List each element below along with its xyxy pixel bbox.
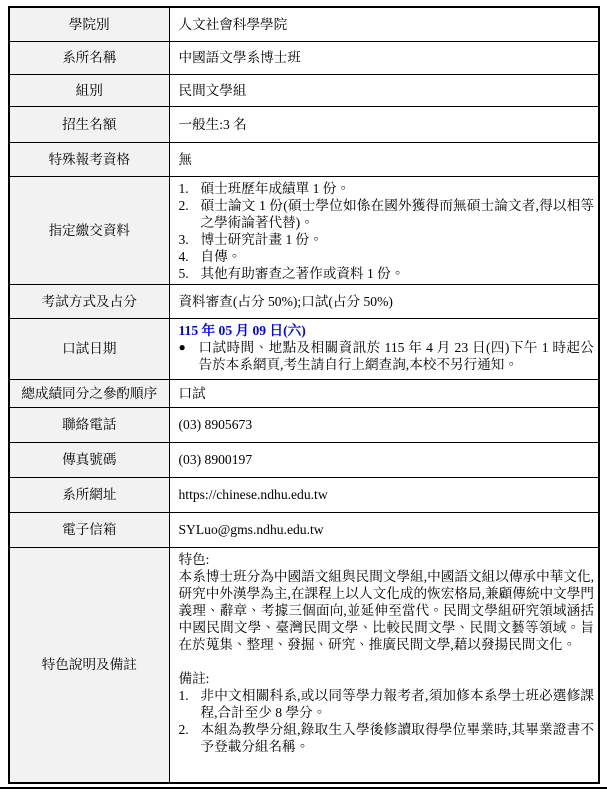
- document-list-item: 3. 博士研究計畫 1 份。: [179, 231, 595, 248]
- row-college: 學院別 人文社會科學學院: [9, 7, 599, 41]
- row-value-email: SYLuo@gms.ndhu.edu.tw: [169, 512, 599, 547]
- row-website: 系所網址 https://chinese.ndhu.edu.tw: [9, 477, 599, 512]
- row-label-quota: 招生名額: [9, 106, 169, 142]
- row-value-department: 中國語文學系博士班: [169, 41, 599, 74]
- oral-exam-date-text: 115 年 05 月 09 日(六): [179, 322, 595, 339]
- list-number: 3.: [179, 231, 189, 248]
- row-value-phone: (03) 8905673: [169, 407, 599, 442]
- list-text: 本組為教學分組,錄取生入學後修讀取得學位畢業時,其畢業證書不予登載分組名稱。: [201, 722, 595, 754]
- list-text: 其他有助審查之著作或資料 1 份。: [201, 266, 405, 281]
- list-text: 自傳。: [201, 249, 242, 264]
- oral-exam-announcement: ● 口試時間、地點及相關資訊於 115 年 4 月 23 日(四)下午 1 時起…: [179, 339, 595, 373]
- row-exam-method: 考試方式及占分 資料審查(占分 50%);口試(占分 50%): [9, 284, 599, 318]
- row-value-college: 人文社會科學學院: [169, 7, 599, 41]
- email-address[interactable]: SYLuo@gms.ndhu.edu.tw: [179, 522, 324, 537]
- row-label-notes: 特色說明及備註: [9, 547, 169, 783]
- list-text: 博士研究計畫 1 份。: [201, 232, 323, 247]
- row-value-website: https://chinese.ndhu.edu.tw: [169, 477, 599, 512]
- document-list-item: 4. 自傳。: [179, 248, 595, 265]
- row-fax: 傳真號碼 (03) 8900197: [9, 442, 599, 477]
- row-value-quota: 一般生:3 名: [169, 106, 599, 142]
- row-value-exam-method: 資料審查(占分 50%);口試(占分 50%): [169, 284, 599, 318]
- row-special-qualification: 特殊報考資格 無: [9, 142, 599, 176]
- row-label-phone: 聯絡電話: [9, 407, 169, 442]
- list-text: 碩士班歷年成績單 1 份。: [201, 181, 351, 196]
- row-value-fax: (03) 8900197: [169, 442, 599, 477]
- row-quota: 招生名額 一般生:3 名: [9, 106, 599, 142]
- feature-text: 本系博士班分為中國語文組與民間文學組,中國語文組以傳承中華文化,研究中外漢學為主…: [179, 568, 595, 653]
- website-url[interactable]: https://chinese.ndhu.edu.tw: [179, 487, 328, 502]
- document-list-item: 2. 碩士論文 1 份(碩士學位如係在國外獲得而無碩士論文者,得以相等之學術論著…: [179, 197, 595, 231]
- row-tiebreaker: 總成績同分之參酌順序 口試: [9, 379, 599, 407]
- row-email: 電子信箱 SYLuo@gms.ndhu.edu.tw: [9, 512, 599, 547]
- row-phone: 聯絡電話 (03) 8905673: [9, 407, 599, 442]
- admission-info-table: 學院別 人文社會科學學院 系所名稱 中國語文學系博士班 組別 民間文學組 招生名…: [8, 6, 600, 784]
- list-number: 1.: [179, 180, 189, 197]
- row-group: 組別 民間文學組: [9, 74, 599, 106]
- list-number: 4.: [179, 248, 189, 265]
- row-label-fax: 傳真號碼: [9, 442, 169, 477]
- row-label-exam-method: 考試方式及占分: [9, 284, 169, 318]
- row-value-notes: 特色: 本系博士班分為中國語文組與民間文學組,中國語文組以傳承中華文化,研究中外…: [169, 547, 599, 783]
- list-text: 碩士論文 1 份(碩士學位如係在國外獲得而無碩士論文者,得以相等之學術論著代替)…: [201, 198, 595, 230]
- row-value-group: 民間文學組: [169, 74, 599, 106]
- row-label-website: 系所網址: [9, 477, 169, 512]
- row-notes: 特色說明及備註 特色: 本系博士班分為中國語文組與民間文學組,中國語文組以傳承中…: [9, 547, 599, 783]
- row-department: 系所名稱 中國語文學系博士班: [9, 41, 599, 74]
- row-value-special-qualification: 無: [169, 142, 599, 176]
- page-bottom-rule: [0, 787, 607, 789]
- note-list-item: 2. 本組為教學分組,錄取生入學後修讀取得學位畢業時,其畢業證書不予登載分組名稱…: [179, 721, 595, 755]
- list-number: 2.: [179, 197, 189, 214]
- notes-heading: 備註:: [179, 670, 595, 687]
- document-list-item: 5. 其他有助審查之著作或資料 1 份。: [179, 265, 595, 282]
- row-value-oral-exam-date: 115 年 05 月 09 日(六) ● 口試時間、地點及相關資訊於 115 年…: [169, 318, 599, 379]
- row-oral-exam-date: 口試日期 115 年 05 月 09 日(六) ● 口試時間、地點及相關資訊於 …: [9, 318, 599, 379]
- list-text: 非中文相關科系,或以同等學力報考者,須加修本系學士班必選修課程,合計至少 8 學…: [201, 688, 595, 720]
- row-label-special-qualification: 特殊報考資格: [9, 142, 169, 176]
- bullet-icon: ●: [179, 339, 186, 356]
- row-required-documents: 指定繳交資料 1. 碩士班歷年成績單 1 份。 2. 碩士論文 1 份(碩士學位…: [9, 176, 599, 284]
- row-label-group: 組別: [9, 74, 169, 106]
- row-label-college: 學院別: [9, 7, 169, 41]
- admission-info-page: 學院別 人文社會科學學院 系所名稱 中國語文學系博士班 組別 民間文學組 招生名…: [0, 0, 607, 795]
- row-label-required-documents: 指定繳交資料: [9, 176, 169, 284]
- list-number: 2.: [179, 721, 189, 738]
- oral-exam-announcement-text: 口試時間、地點及相關資訊於 115 年 4 月 23 日(四)下午 1 時起公告…: [199, 340, 595, 372]
- row-value-required-documents: 1. 碩士班歷年成績單 1 份。 2. 碩士論文 1 份(碩士學位如係在國外獲得…: [169, 176, 599, 284]
- row-label-oral-exam-date: 口試日期: [9, 318, 169, 379]
- feature-heading: 特色:: [179, 551, 595, 568]
- row-label-department: 系所名稱: [9, 41, 169, 74]
- row-label-email: 電子信箱: [9, 512, 169, 547]
- row-value-tiebreaker: 口試: [169, 379, 599, 407]
- row-label-tiebreaker: 總成績同分之參酌順序: [9, 379, 169, 407]
- note-list-item: 1. 非中文相關科系,或以同等學力報考者,須加修本系學士班必選修課程,合計至少 …: [179, 687, 595, 721]
- list-number: 5.: [179, 265, 189, 282]
- list-number: 1.: [179, 687, 189, 704]
- document-list-item: 1. 碩士班歷年成績單 1 份。: [179, 180, 595, 197]
